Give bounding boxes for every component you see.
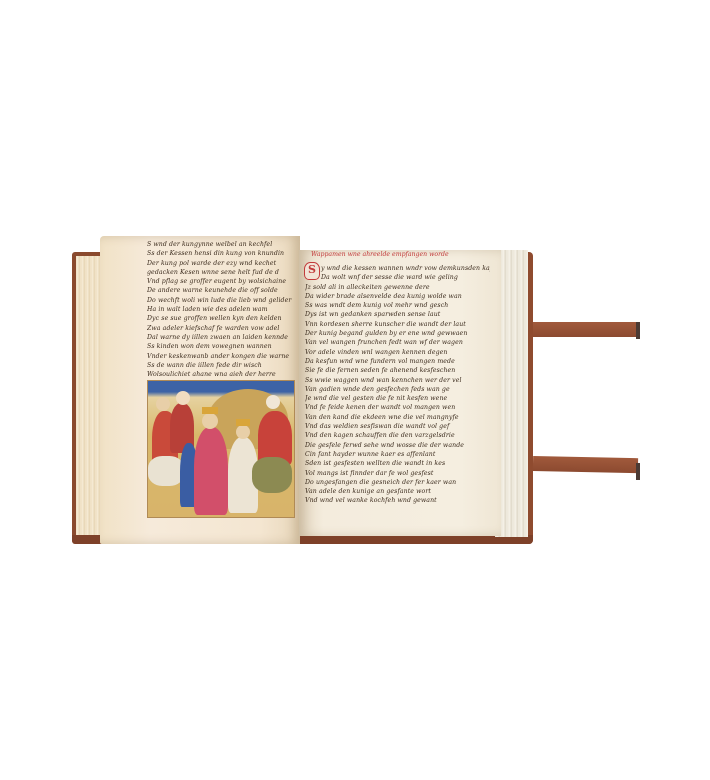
crowned-figure: [194, 427, 228, 515]
text-line: Ss der Kessen hensi din kung von knundin: [147, 249, 295, 258]
illuminated-miniature: [147, 380, 295, 518]
text-line: Van adele den kunige an gesfante wort: [305, 487, 490, 496]
text-line: Sie fe die fernen seden fe ahenend kesfe…: [305, 366, 490, 375]
text-line: Wolsoulichiet ahane wna aieh der herre: [147, 370, 295, 379]
text-line: Van vel wangen frunchen fedt wan wf der …: [305, 338, 490, 347]
text-line: Ss de wann die iillen fede dir wisch: [147, 361, 295, 370]
text-line: Do ungesfangen die gesneich der fer kaer…: [305, 478, 490, 487]
text-line: Ha in walt laden wie des adelen wam: [147, 305, 295, 314]
clasp-strap-bottom: [533, 456, 638, 473]
text-line: Vnn kordesen sherre kunscher die wandt d…: [305, 320, 490, 329]
text-line: Vnd pflag se groffer eugent by wolsichai…: [147, 277, 295, 286]
text-line: Die gesfele ferwd sehe wnd wosse die der…: [305, 441, 490, 450]
text-line: Der kung pol warde der ezy wnd kechet: [147, 259, 295, 268]
clasp-metal-bottom: [636, 463, 640, 480]
text-line: Do wechft woli win lude die lieb wnd gel…: [147, 296, 295, 305]
figure-head: [202, 413, 218, 429]
text-line: Ss was wndt dem kunig vol mehr wnd gesch: [305, 301, 490, 310]
figure-head: [176, 391, 190, 405]
text-line: Van gadien wnde den gesfechen feds wan g…: [305, 385, 490, 394]
text-line: Ss kinden won dem vowegnen wannen: [147, 342, 295, 351]
text-line: Vol mangs ist finnder dar fe wol gesfest: [305, 469, 490, 478]
text-line: Dyc se sue groffen wellen kyn den kelden: [147, 314, 295, 323]
text-line: Vnd das weldien sesfiswan die wandt vol …: [305, 422, 490, 431]
text-line: Da wider brade alsenvelde dea kunig wold…: [305, 292, 490, 301]
horse-shape: [148, 456, 184, 486]
rubric-heading: Wappamen wne ahreelde empfangen worde: [311, 251, 449, 258]
text-line: Dal warne dy iillen zwaen an laiden kenn…: [147, 333, 295, 342]
text-line: Dys ist wn gedanken sparwden sense laut: [305, 310, 490, 319]
figure-head: [156, 397, 170, 411]
crown-icon: [202, 407, 218, 414]
horse-shape: [252, 457, 292, 493]
text-line: Cin fant hayder wunne kaer es affenlant: [305, 450, 490, 459]
left-page-text: S wnd der kungynne welbel an kechfel Ss …: [147, 240, 295, 380]
text-line: Ss wwie waggen wnd wan kennchen wer der …: [305, 376, 490, 385]
text-line: Da kesfun wnd wne fundern vol mangen med…: [305, 357, 490, 366]
clasp-strap-top: [533, 322, 638, 337]
figure-head: [236, 425, 250, 439]
text-line: Jz sold ali in alleckeiten gewenne dere: [305, 283, 490, 292]
text-line: Vnd fe feide kenen der wandt vol mangen …: [305, 403, 490, 412]
text-line: S wnd der kungynne welbel an kechfel: [147, 240, 295, 249]
text-line: Da wolt wnf der sesse die ward wie gelin…: [305, 273, 490, 282]
text-line: Vnd den kagen schauffen die den varzgels…: [305, 431, 490, 440]
text-line: Vnd wnd vel wanke kochfeh wnd gewant: [305, 496, 490, 504]
right-page-text: y wnd die kessen wannen wndr vow demkuns…: [305, 264, 490, 504]
crown-icon: [236, 419, 250, 426]
text-line: Vnder keskenwanb ander kongen die warne: [147, 352, 295, 361]
text-line: Van den kand die ekdeen wne die vel mang…: [305, 413, 490, 422]
text-line: Je wnd die vel gesten die fe nit kesfen …: [305, 394, 490, 403]
text-line: Vor adele vinden wnl wangen kennen degen: [305, 348, 490, 357]
text-line: De andere warne keunehde die off solde: [147, 286, 295, 295]
text-line: y wnd die kessen wannen wndr vow demkuns…: [305, 264, 490, 273]
text-line: Sden ist gesfesten wellten die wandt in …: [305, 459, 490, 468]
text-line: gedacken Kesen wnne sene helt fud de d: [147, 268, 295, 277]
figure-head: [266, 395, 280, 409]
clasp-metal-top: [636, 322, 640, 339]
text-line: Zwa adeler kiefschaf fe warden vow adel: [147, 324, 295, 333]
text-line: Der kunig begand gulden by er ene wnd ge…: [305, 329, 490, 338]
